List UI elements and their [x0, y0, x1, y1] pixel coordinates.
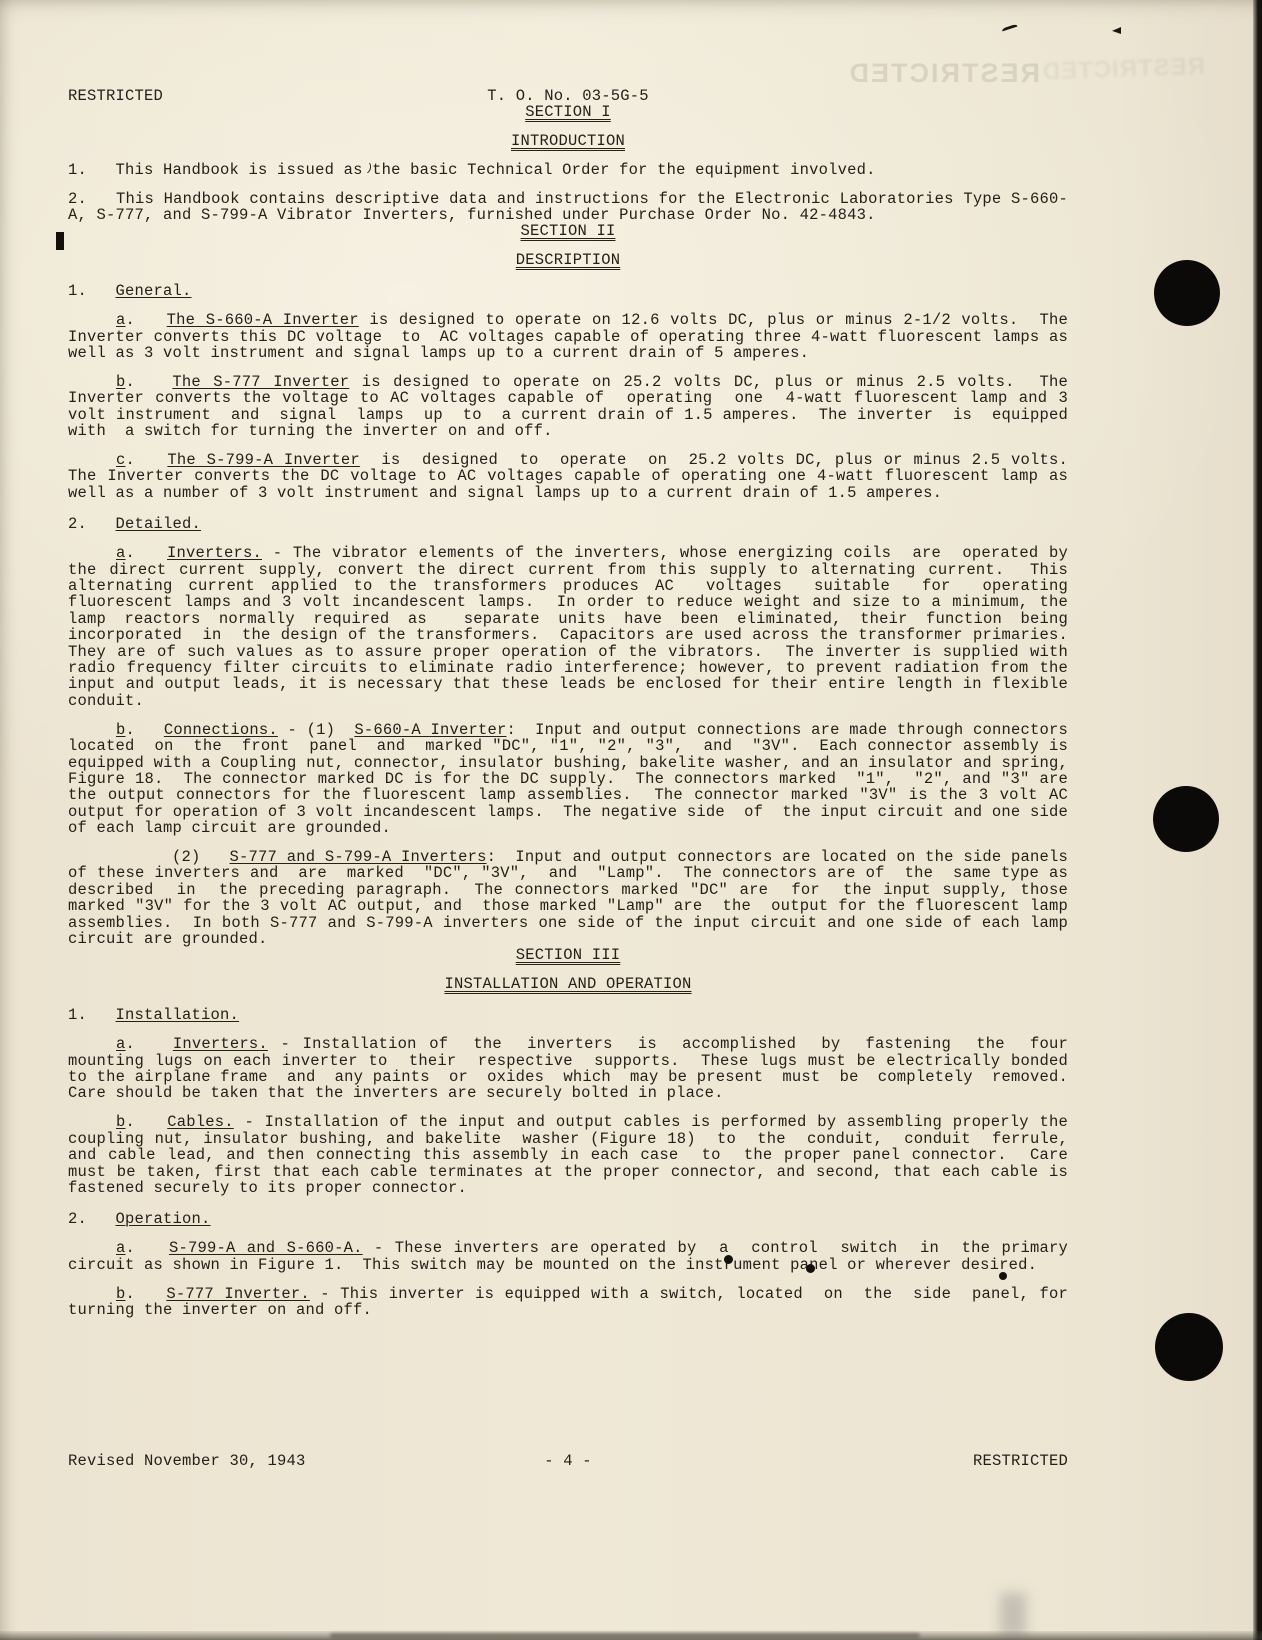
- paragraph-label: a.: [116, 1035, 135, 1053]
- underlined-text: Installation.: [116, 1006, 240, 1024]
- text-run: : Input and output connectors are locate…: [68, 848, 1078, 948]
- punch-hole: [1155, 1313, 1223, 1381]
- underlined-text: Detailed.: [116, 515, 202, 533]
- ghost-text-bleedthrough-faint: RESTRICTED: [1075, 53, 1206, 86]
- numbered-subheading: 1. Installation.: [68, 1007, 1068, 1023]
- ghost-text-bleedthrough: RESTRICTED: [880, 58, 1040, 89]
- underlined-text: General.: [116, 282, 192, 300]
- paragraph: 1. This Handbook is issued as the basic …: [68, 162, 1068, 178]
- paragraph: a. Inverters. - The vibrator elements of…: [68, 545, 1068, 709]
- text-run: This Handbook contains descriptive data …: [68, 190, 1068, 224]
- numbered-subheading: 2. Operation.: [68, 1211, 1068, 1227]
- classification-marking-bottom: RESTRICTED: [973, 1452, 1068, 1470]
- underlined-text: S-660-A Inverter: [354, 721, 506, 739]
- paragraph-label: b.: [116, 1285, 135, 1303]
- ink-smudge-mark: [1001, 24, 1018, 35]
- paragraph-label: 1.: [68, 1006, 87, 1024]
- section-subtitle: DESCRIPTION: [68, 252, 1068, 268]
- document-body: RESTRICTED T. O. No. 03-5G-5 SECTION IIN…: [68, 88, 1068, 1318]
- heading-text: SECTION I: [525, 103, 611, 121]
- heading-text: SECTION III: [516, 946, 621, 964]
- underlined-text: S-777 Inverter.: [166, 1285, 309, 1303]
- paragraph: c. The S-799-A Inverter is designed to o…: [68, 452, 1068, 501]
- paragraph-label: 2.: [68, 515, 87, 533]
- text-run: This Handbook is issued as the basic Tec…: [116, 161, 876, 179]
- paragraph: 2. This Handbook contains descriptive da…: [68, 191, 1068, 224]
- paragraph-label: b.: [116, 373, 135, 391]
- paragraph-label: b.: [116, 721, 135, 739]
- underlined-text: The S-799-A Inverter: [167, 451, 360, 469]
- underlined-text: Inverters.: [167, 544, 262, 562]
- underlined-text: The S-660-A Inverter: [167, 311, 359, 329]
- paragraph-label: 1.: [68, 161, 87, 179]
- text-run: - (1): [278, 721, 354, 739]
- text-run: : Input and output connections are made …: [68, 721, 1078, 837]
- section-subtitle: INTRODUCTION: [68, 133, 1068, 149]
- underlined-text: S-777 and S-799-A Inverters: [230, 848, 487, 866]
- ink-dot: [806, 1264, 815, 1273]
- underlined-text: Inverters.: [173, 1035, 268, 1053]
- scanned-document-page: RESTRICTED RESTRICTED ) RESTRICTED T. O.…: [0, 0, 1262, 1640]
- document-content: SECTION IINTRODUCTION1. This Handbook is…: [68, 104, 1068, 1318]
- paragraph: b. S-777 Inverter. - This inverter is eq…: [68, 1286, 1068, 1319]
- paragraph-label: b.: [116, 1113, 135, 1131]
- underlined-text: The S-777 Inverter: [172, 373, 349, 391]
- paragraph-label: a.: [116, 1239, 135, 1257]
- section-heading: SECTION III: [68, 947, 1068, 963]
- page-number: - 4 -: [68, 1452, 1068, 1470]
- numbered-subheading: 1. General.: [68, 283, 1068, 299]
- heading-text: SECTION II: [520, 222, 615, 240]
- page-header: RESTRICTED T. O. No. 03-5G-5: [68, 88, 1068, 104]
- punch-hole: [1153, 786, 1219, 852]
- underlined-text: S-799-A and S-660-A.: [169, 1239, 363, 1257]
- paragraph: a. Inverters. - Installation of the inve…: [68, 1036, 1068, 1102]
- scan-edge-right: [1253, 0, 1262, 1640]
- scan-edge-smudge: [330, 1633, 920, 1638]
- paragraph: (2) S-777 and S-799-A Inverters: Input a…: [68, 849, 1068, 947]
- revision-change-bar: [56, 232, 64, 250]
- scan-edge-ghost: [1000, 1593, 1026, 1637]
- heading-text: DESCRIPTION: [516, 251, 621, 269]
- paragraph-label: 2.: [68, 1210, 87, 1228]
- paragraph: b. Connections. - (1) S-660-A Inverter: …: [68, 722, 1068, 837]
- paragraph-label: (2): [172, 848, 201, 866]
- paragraph-label: 2.: [68, 190, 87, 208]
- technical-order-number: T. O. No. 03-5G-5: [68, 88, 1068, 104]
- section-heading: SECTION II: [68, 223, 1068, 239]
- ink-dot: [724, 1255, 733, 1264]
- paragraph: b. Cables. - Installation of the input a…: [68, 1114, 1068, 1196]
- numbered-subheading: 2. Detailed.: [68, 516, 1068, 532]
- ink-smudge-mark: [1112, 27, 1121, 34]
- page-footer: Revised November 30, 1943 - 4 - RESTRICT…: [68, 1452, 1068, 1470]
- heading-text: INTRODUCTION: [511, 132, 625, 150]
- paragraph-label: a.: [116, 544, 135, 562]
- paragraph: b. The S-777 Inverter is designed to ope…: [68, 374, 1068, 440]
- paragraph: a. The S-660-A Inverter is designed to o…: [68, 312, 1068, 361]
- underlined-text: Operation.: [116, 1210, 211, 1228]
- text-run: - The vibrator elements of the inverters…: [68, 544, 1087, 710]
- heading-text: INSTALLATION AND OPERATION: [444, 975, 691, 993]
- paragraph-label: 1.: [68, 282, 87, 300]
- paragraph-label: a.: [116, 311, 135, 329]
- paragraph-label: c.: [116, 451, 135, 469]
- underlined-text: Connections.: [164, 721, 278, 739]
- section-heading: SECTION I: [68, 104, 1068, 120]
- underlined-text: Cables.: [167, 1113, 234, 1131]
- section-subtitle: INSTALLATION AND OPERATION: [68, 976, 1068, 992]
- ink-dot: [999, 1272, 1007, 1280]
- paragraph: a. S-799-A and S-660-A. - These inverter…: [68, 1240, 1068, 1273]
- punch-hole: [1154, 260, 1220, 326]
